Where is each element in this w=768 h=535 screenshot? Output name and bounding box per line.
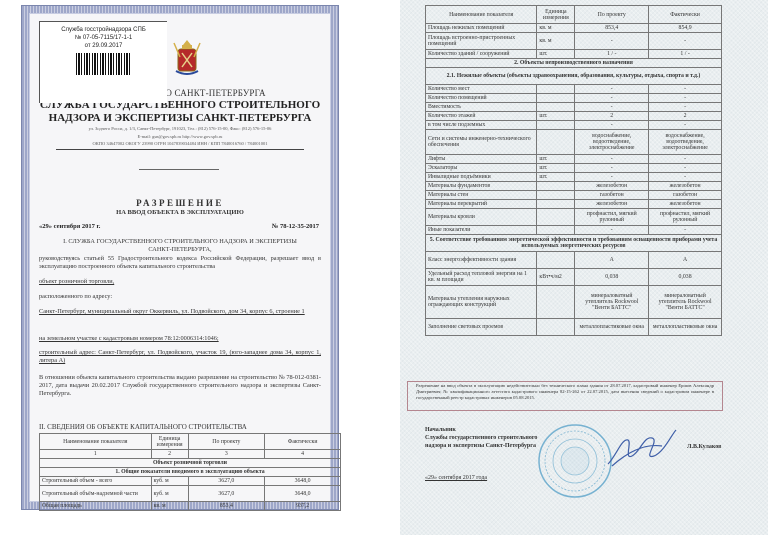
- table-row: Материалы перекрытийжелезобетонжелезобет…: [426, 200, 722, 209]
- row-unit: куб. м: [151, 477, 188, 486]
- row-name: Удельный расход тепловой энергии на 1 кв…: [426, 269, 537, 286]
- header-divider: [56, 149, 304, 150]
- section2-title: II. СВЕДЕНИЯ ОБ ОБЪЕКТЕ КАПИТАЛЬНОГО СТР…: [39, 423, 247, 431]
- table-row: Материалы фундаментовжелезобетонжелезобе…: [426, 182, 722, 191]
- row-name: Заполнение световых проемов: [426, 319, 537, 336]
- table-row: Материалы стенгазобетонгазобетон: [426, 191, 722, 200]
- header-cell: Наименование показателя: [426, 6, 537, 24]
- row-actual: -: [649, 94, 722, 103]
- row-unit: [537, 252, 575, 269]
- issuer-address: ул. Зодчего Росси, д. 1/3, Санкт-Петербу…: [29, 126, 331, 132]
- row-actual: 1 / -: [649, 50, 722, 59]
- stamp-org: Служба госстройнадзора СПБ: [40, 26, 167, 34]
- signature-date: «29» сентября 2017 года: [425, 475, 487, 481]
- row-unit: [537, 319, 575, 336]
- located-at-label: расположенного по адресу:: [39, 293, 321, 301]
- header-cell: Единица измерения: [537, 6, 575, 24]
- table-header-row: Наименование показателя Единица измерени…: [426, 6, 722, 24]
- row-unit: шт.: [537, 164, 575, 173]
- row-project: -: [575, 94, 649, 103]
- row-unit: [537, 286, 575, 319]
- section21-cell: 2.1. Нежилые объекты (объекты здравоохра…: [426, 68, 722, 85]
- row-project: 853,4: [188, 502, 265, 511]
- object-info-table: Наименование показателя Единица измерени…: [39, 433, 341, 511]
- row-name: Материалы утепления наружных ограждающих…: [426, 286, 537, 319]
- section1-heading-line2: САНКТ-ПЕТЕРБУРГА,: [39, 246, 321, 254]
- row-project: 853,4: [575, 24, 649, 33]
- header-cell: По проекту: [575, 6, 649, 24]
- row-actual: А: [649, 252, 722, 269]
- object-title-cell: Объект розничной торговли: [40, 459, 341, 468]
- header-cell: Фактически: [649, 6, 722, 24]
- row-name: Строительный объём-надземной части: [40, 486, 152, 502]
- row-actual: -: [649, 85, 722, 94]
- stamp-date: от 29.09.2017: [40, 42, 167, 50]
- permit-page-front: Служба госстройнадзора СПБ № 07-05-7115/…: [22, 6, 338, 509]
- table-row: Материалы кровлипрофнастил, мягкий рулон…: [426, 209, 722, 226]
- stamp-number: № 07-05-7115/17-1-1: [40, 34, 167, 42]
- row-actual: -: [649, 155, 722, 164]
- indicators-table: Наименование показателя Единица измерени…: [425, 5, 722, 336]
- row-project: -: [575, 155, 649, 164]
- table-row: Общая площадь кв. м 853,4 937,2: [40, 502, 341, 511]
- row-actual: металлопластиковые окна: [649, 319, 722, 336]
- table-row: Материалы утепления наружных ограждающих…: [426, 286, 722, 319]
- row-actual: газобетон: [649, 191, 722, 200]
- row-project: 0,038: [575, 269, 649, 286]
- column-number: 2: [151, 450, 188, 459]
- row-name: Материалы фундаментов: [426, 182, 537, 191]
- row-project: 3627,0: [188, 486, 265, 502]
- row-name: Эскалаторы: [426, 164, 537, 173]
- row-project: металлопластиковые окна: [575, 319, 649, 336]
- land-plot-cadastral: на земельном участке с кадастровым номер…: [39, 335, 321, 343]
- permit-number: № 78-12-35-2017: [272, 223, 319, 230]
- table-row: Количество помещений--: [426, 94, 722, 103]
- row-project: водоснабжение, водоотведение, электросна…: [575, 130, 649, 155]
- section2-row: 2. Объекты непроизводственного назначени…: [426, 59, 722, 68]
- position-line3: надзора и экспертизы Санкт-Петербурга: [425, 442, 537, 450]
- section2-cell: 2. Объекты непроизводственного назначени…: [426, 59, 722, 68]
- subsection-title-row: 1. Общие показатели вводимого в эксплуат…: [40, 468, 341, 477]
- table-row: Площадь встроенно-пристроенных помещений…: [426, 33, 722, 50]
- table-row: Эскалаторышт.--: [426, 164, 722, 173]
- row-unit: кВт•ч/м2: [537, 269, 575, 286]
- row-name: Иные показатели: [426, 226, 537, 235]
- row-project: -: [575, 173, 649, 182]
- issuer-contacts: E-mail: gsn@gov.spb.ru http://www.gov.sp…: [29, 134, 331, 140]
- table-row: Площадь нежилых помещенийкв. м853,4854,9: [426, 24, 722, 33]
- row-project: минераловатный утеплитель Rockwool "Вент…: [575, 286, 649, 319]
- registration-stamp-label: Служба госстройнадзора СПБ № 07-05-7115/…: [39, 21, 167, 103]
- permit-page-back: Наименование показателя Единица измерени…: [400, 0, 768, 535]
- table-row: Заполнение световых проемовметаллопласти…: [426, 319, 722, 336]
- row-actual: 0,038: [649, 269, 722, 286]
- row-unit: куб. м: [151, 486, 188, 502]
- table-row: Строительный объем - всего куб. м 3627,0…: [40, 477, 341, 486]
- row-actual: -: [649, 103, 722, 112]
- row-project: -: [575, 226, 649, 235]
- object-title-row: Объект розничной торговли: [40, 459, 341, 468]
- row-name: Количество мест: [426, 85, 537, 94]
- row-project: профнастил, мягкий рулонный: [575, 209, 649, 226]
- table-row: Иные показатели--: [426, 226, 722, 235]
- row-actual: 2: [649, 112, 722, 121]
- row-project: -: [575, 33, 649, 50]
- row-actual: -: [649, 226, 722, 235]
- cadastral-notice: Разрешение на ввод объекта в эксплуатаци…: [407, 381, 723, 411]
- row-unit: шт.: [537, 50, 575, 59]
- row-name: Материалы кровли: [426, 209, 537, 226]
- row-actual: 3648,0: [265, 477, 341, 486]
- row-name: Площадь встроенно-пристроенных помещений: [426, 33, 537, 50]
- table-row: Класс энергоэффективности зданияАА: [426, 252, 722, 269]
- row-actual: профнастил, мягкий рулонный: [649, 209, 722, 226]
- section5-cell: 5. Соответствие требованиям энергетическ…: [426, 235, 722, 252]
- signatory-position: Начальник Службы государственного строит…: [425, 426, 537, 450]
- guided-by-text: руководствуясь статьей 55 Градостроитель…: [39, 255, 321, 271]
- object-name: объект розничной торговли,: [39, 278, 321, 286]
- row-unit: [537, 121, 575, 130]
- row-name: Класс энергоэффективности здания: [426, 252, 537, 269]
- row-unit: шт.: [537, 173, 575, 182]
- header-cell: Единица измерения: [151, 434, 188, 450]
- blank-underline: [139, 169, 219, 170]
- row-project: -: [575, 121, 649, 130]
- header-cell: По проекту: [188, 434, 265, 450]
- section5-row: 5. Соответствие требованиям энергетическ…: [426, 235, 722, 252]
- row-name: Площадь нежилых помещений: [426, 24, 537, 33]
- row-actual: 937,2: [265, 502, 341, 511]
- row-unit: [537, 191, 575, 200]
- row-actual: водоснабжение, водоотведение, электросна…: [649, 130, 722, 155]
- row-unit: кв. м: [537, 33, 575, 50]
- row-unit: кв. м: [151, 502, 188, 511]
- column-number: 4: [265, 450, 341, 459]
- table-row: Строительный объём-надземной части куб. …: [40, 486, 341, 502]
- row-unit: [537, 226, 575, 235]
- table-row: Удельный расход тепловой энергии на 1 кв…: [426, 269, 722, 286]
- row-name: Количество этажей: [426, 112, 537, 121]
- signer-name: Л.В.Кулаков: [687, 444, 721, 450]
- row-unit: [537, 85, 575, 94]
- table-row: Количество зданий / сооруженийшт.1 / -1 …: [426, 50, 722, 59]
- column-number: 1: [40, 450, 152, 459]
- header-cell: Наименование показателя: [40, 434, 152, 450]
- row-actual: 3648,0: [265, 486, 341, 502]
- row-name: Строительный объем - всего: [40, 477, 152, 486]
- barcode-icon: [76, 53, 132, 75]
- table-row: Количество мест--: [426, 85, 722, 94]
- table-row: в том числе подземных--: [426, 121, 722, 130]
- row-name: Количество помещений: [426, 94, 537, 103]
- row-project: А: [575, 252, 649, 269]
- row-project: железобетон: [575, 200, 649, 209]
- issuer-codes: ОКПО 34647002 ОКОГУ 23990 ОГРН 104783903…: [29, 141, 331, 147]
- row-unit: кв. м: [537, 24, 575, 33]
- row-project: 3627,0: [188, 477, 265, 486]
- handwritten-signature-icon: [602, 426, 680, 472]
- row-name: Вместимость: [426, 103, 537, 112]
- subsection-title-cell: 1. Общие показатели вводимого в эксплуат…: [40, 468, 341, 477]
- row-actual: железобетон: [649, 182, 722, 191]
- permit-title: РАЗРЕШЕНИЕ: [29, 198, 331, 208]
- row-unit: шт.: [537, 112, 575, 121]
- column-number-row: 1 2 3 4: [40, 450, 341, 459]
- permit-date: «29» сентября 2017 г.: [39, 223, 100, 230]
- table-row: Вместимость--: [426, 103, 722, 112]
- row-actual: -: [649, 121, 722, 130]
- section21-row: 2.1. Нежилые объекты (объекты здравоохра…: [426, 68, 722, 85]
- row-unit: [537, 209, 575, 226]
- row-project: -: [575, 164, 649, 173]
- column-number: 3: [188, 450, 265, 459]
- object-address: Санкт-Петербург, муниципальный округ Окк…: [39, 308, 321, 316]
- table-row: Лифтышт.--: [426, 155, 722, 164]
- row-actual: железобетон: [649, 200, 722, 209]
- row-name: Материалы перекрытий: [426, 200, 537, 209]
- row-project: железобетон: [575, 182, 649, 191]
- section1-heading: I. СЛУЖБА ГОСУДАРСТВЕННОГО СТРОИТЕЛЬНОГО…: [39, 238, 321, 254]
- permit-subtitle: НА ВВОД ОБЪЕКТА В ЭКСПЛУАТАЦИЮ: [29, 209, 331, 216]
- row-name: Инвалидные подъёмники: [426, 173, 537, 182]
- row-project: 2: [575, 112, 649, 121]
- row-name: Количество зданий / сооружений: [426, 50, 537, 59]
- row-actual: минераловатный утеплитель Rockwool "Вент…: [649, 286, 722, 319]
- section1-heading-line1: I. СЛУЖБА ГОСУДАРСТВЕННОГО СТРОИТЕЛЬНОГО…: [39, 238, 321, 246]
- row-name: Лифты: [426, 155, 537, 164]
- service-title-line2: НАДЗОРА И ЭКСПЕРТИЗЫ САНКТ-ПЕТЕРБУРГА: [29, 112, 331, 124]
- position-line1: Начальник: [425, 426, 537, 434]
- row-actual: -: [649, 173, 722, 182]
- row-unit: [537, 200, 575, 209]
- row-actual: -: [649, 164, 722, 173]
- table-row: Сети и системы инженерно-технического об…: [426, 130, 722, 155]
- coat-of-arms-icon: [172, 37, 202, 77]
- row-name: Материалы стен: [426, 191, 537, 200]
- row-project: газобетон: [575, 191, 649, 200]
- row-name: Сети и системы инженерно-технического об…: [426, 130, 537, 155]
- row-unit: [537, 103, 575, 112]
- row-unit: [537, 130, 575, 155]
- table-row: Инвалидные подъёмникишт.--: [426, 173, 722, 182]
- building-permit-text: В отношении объекта капитального строите…: [39, 374, 321, 398]
- table-header-row: Наименование показателя Единица измерени…: [40, 434, 341, 450]
- header-cell: Фактически: [265, 434, 341, 450]
- row-name: в том числе подземных: [426, 121, 537, 130]
- row-project: -: [575, 103, 649, 112]
- row-name: Общая площадь: [40, 502, 152, 511]
- row-actual: 854,9: [649, 24, 722, 33]
- table-row: Количество этажейшт.22: [426, 112, 722, 121]
- row-unit: [537, 182, 575, 191]
- row-unit: шт.: [537, 155, 575, 164]
- position-line2: Службы государственного строительного: [425, 434, 537, 442]
- construction-address: строительный адрес: Санкт-Петербург, ул.…: [39, 349, 321, 365]
- row-project: -: [575, 85, 649, 94]
- row-actual: -: [649, 33, 722, 50]
- row-project: 1 / -: [575, 50, 649, 59]
- row-unit: [537, 94, 575, 103]
